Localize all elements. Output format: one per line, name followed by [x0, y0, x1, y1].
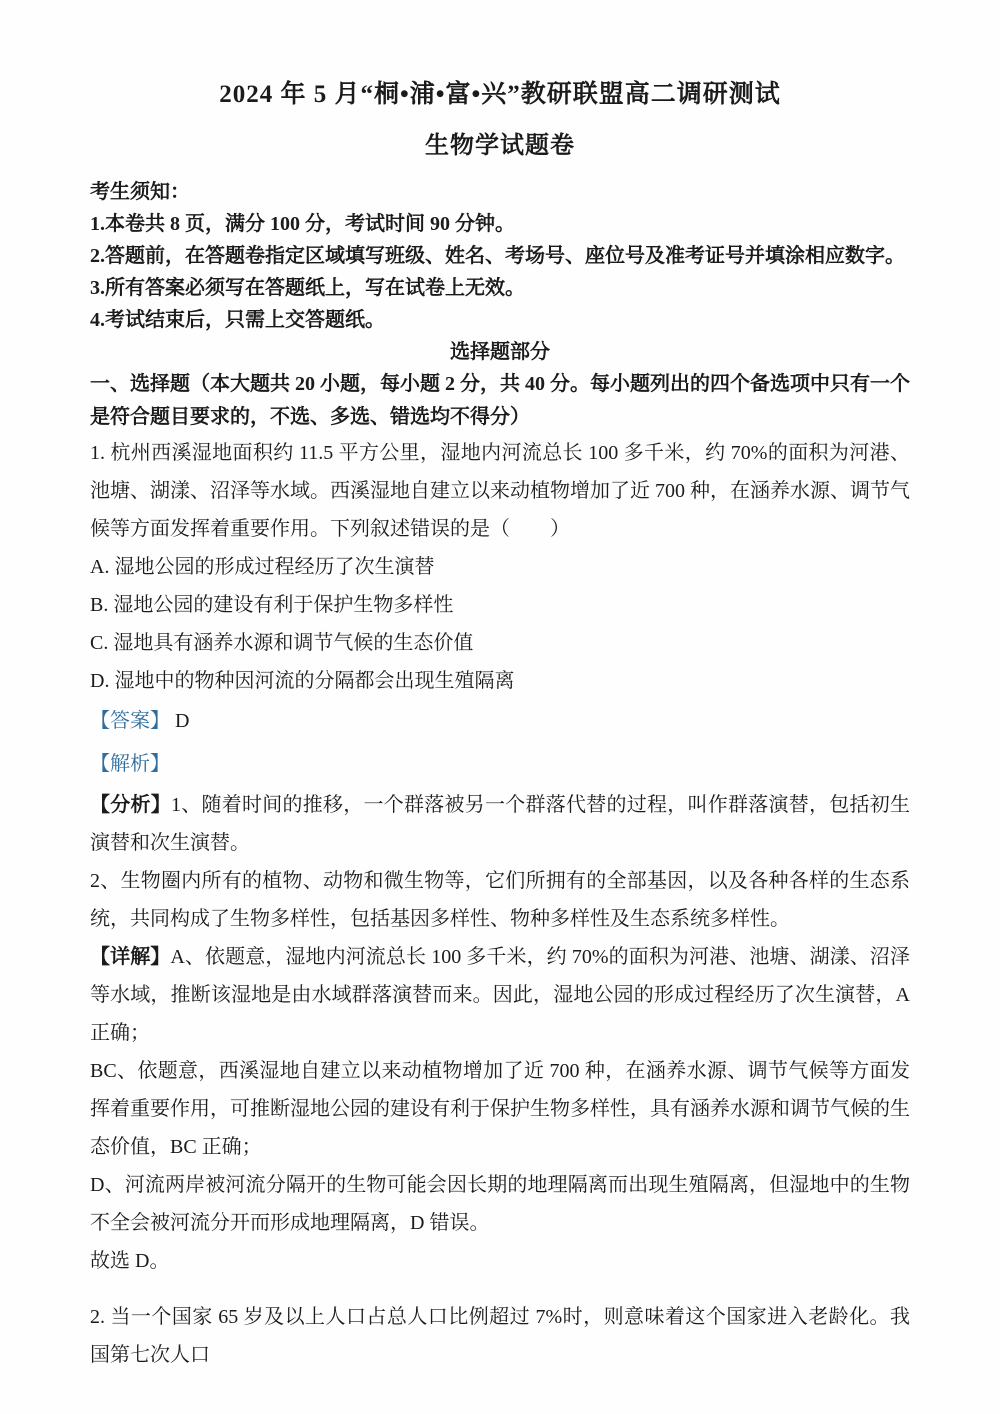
- answer-value: D: [175, 710, 189, 732]
- question-1-option-c: C. 湿地具有涵养水源和调节气候的生态价值: [90, 624, 910, 662]
- section-part-title: 选择题部分: [90, 336, 910, 368]
- answer-label: 【答案】: [90, 710, 170, 732]
- analysis-tag: 【分析】: [90, 794, 171, 816]
- notice-item-4: 4.考试结束后，只需上交答题纸。: [90, 304, 910, 336]
- notice-heading: 考生须知：: [90, 176, 910, 208]
- explanation-paragraph-3: D、河流两岸被河流分隔开的生物可能会因长期的地理隔离而出现生殖隔离，但湿地中的生…: [90, 1166, 910, 1242]
- question-2-stem: 2. 当一个国家 65 岁及以上人口占总人口比例超过 7%时，则意味着这个国家进…: [90, 1298, 910, 1374]
- explanation-text-3: D、河流两岸被河流分隔开的生物可能会因长期的地理隔离而出现生殖隔离，但湿地中的生…: [90, 1174, 910, 1234]
- analysis-paragraph-1: 【分析】1、随着时间的推移，一个群落被另一个群落代替的过程，叫作群落演替，包括初…: [90, 786, 910, 862]
- analysis-text-2: 2、生物圈内所有的植物、动物和微生物等，它们所拥有的全部基因，以及各种各样的生态…: [90, 870, 910, 930]
- question-1-stem: 1. 杭州西溪湿地面积约 11.5 平方公里，湿地内河流总长 100 多千米，约…: [90, 434, 910, 548]
- exam-paper-page: 2024 年 5 月“桐•浦•富•兴”教研联盟高二调研测试 生物学试题卷 考生须…: [0, 0, 1000, 1414]
- explanation-text-1: A、依题意，湿地内河流总长 100 多千米，约 70%的面积为河港、池塘、湖漾、…: [90, 946, 910, 1044]
- explanation-paragraph-1: 【详解】A、依题意，湿地内河流总长 100 多千米，约 70%的面积为河港、池塘…: [90, 938, 910, 1052]
- question-1-option-d: D. 湿地中的物种因河流的分隔都会出现生殖隔离: [90, 662, 910, 700]
- analysis-label-line: 【解析】: [90, 742, 910, 786]
- explanation-text-2: BC、依题意，西溪湿地自建立以来动植物增加了近 700 种，在涵养水源、调节气候…: [90, 1060, 910, 1158]
- notice-item-1: 1.本卷共 8 页，满分 100 分，考试时间 90 分钟。: [90, 208, 910, 240]
- conclusion: 故选 D。: [90, 1242, 910, 1280]
- question-1-option-b: B. 湿地公园的建设有利于保护生物多样性: [90, 586, 910, 624]
- notice-item-3: 3.所有答案必须写在答题纸上，写在试卷上无效。: [90, 272, 910, 304]
- question-1-option-a: A. 湿地公园的形成过程经历了次生演替: [90, 548, 910, 586]
- page-title: 2024 年 5 月“桐•浦•富•兴”教研联盟高二调研测试: [90, 80, 910, 110]
- analysis-paragraph-2: 2、生物圈内所有的植物、动物和微生物等，它们所拥有的全部基因，以及各种各样的生态…: [90, 862, 910, 938]
- question-1-block: 1. 杭州西溪湿地面积约 11.5 平方公里，湿地内河流总长 100 多千米，约…: [90, 434, 910, 1374]
- notice-item-2: 2.答题前，在答题卷指定区域填写班级、姓名、考场号、座位号及准考证号并填涂相应数…: [90, 240, 910, 272]
- answer-line: 【答案】D: [90, 700, 910, 742]
- analysis-text-1: 1、随着时间的推移，一个群落被另一个群落代替的过程，叫作群落演替，包括初生演替和…: [90, 794, 910, 854]
- explanation-paragraph-2: BC、依题意，西溪湿地自建立以来动植物增加了近 700 种，在涵养水源、调节气候…: [90, 1052, 910, 1166]
- analysis-label: 【解析】: [90, 753, 170, 775]
- page-subtitle: 生物学试题卷: [90, 132, 910, 160]
- explanation-tag: 【详解】: [90, 946, 170, 968]
- section-directions: 一、选择题（本大题共 20 小题，每小题 2 分，共 40 分。每小题列出的四个…: [90, 368, 910, 434]
